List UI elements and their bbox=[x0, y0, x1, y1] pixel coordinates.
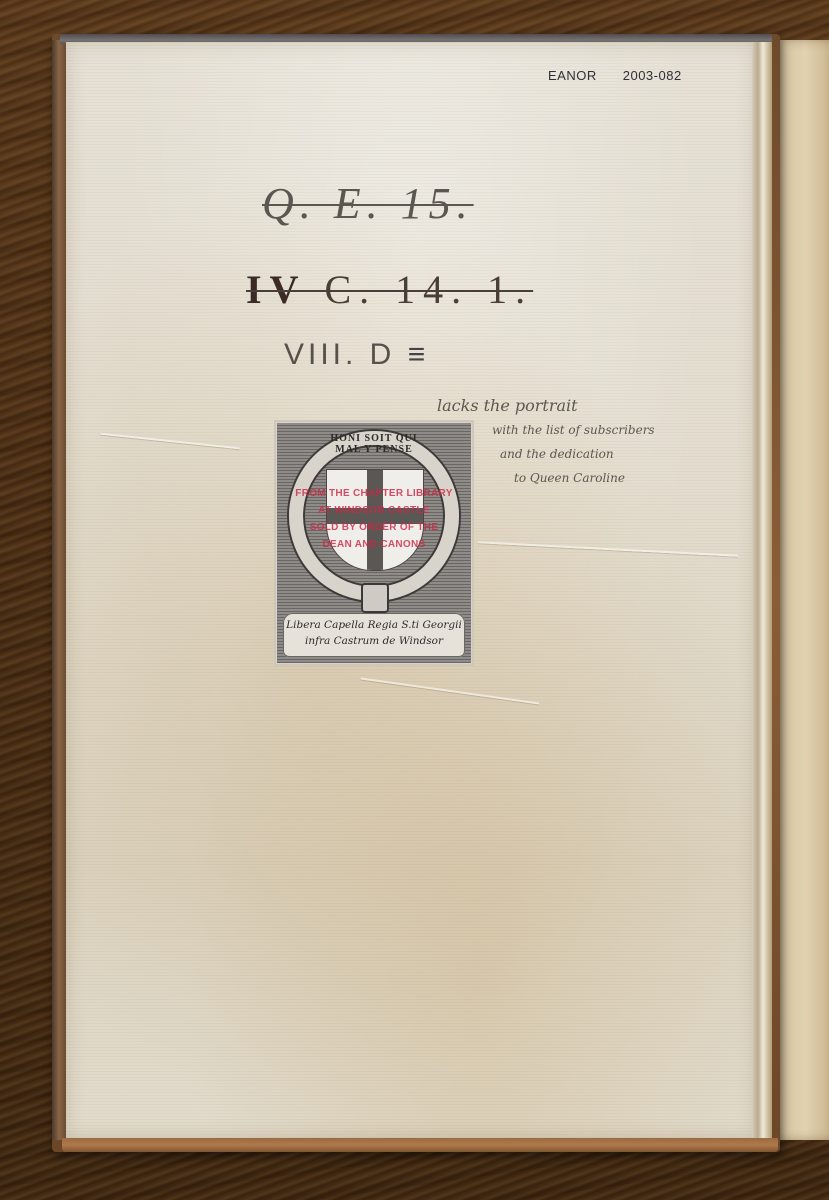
pencil-note-line: lacks the portrait bbox=[437, 396, 578, 415]
bookplate: HONI SOIT QUI MAL Y PENSE Libera Capella… bbox=[276, 422, 472, 664]
scribble-mark: ≡ bbox=[408, 338, 420, 371]
stamp-line: SOLD BY ORDER OF THE bbox=[283, 519, 465, 536]
pencil-note-line: to Queen Caroline bbox=[514, 471, 625, 485]
board-edge-left bbox=[52, 40, 66, 1140]
pencil-note-line: and the dedication bbox=[500, 447, 614, 461]
latin-inscription-line: Libera Capella Regia S.ti Georgii bbox=[283, 619, 465, 631]
shelfmark-press-number: IV bbox=[246, 267, 306, 312]
shelfmark-struck-1: Q. E. 15. bbox=[262, 178, 474, 229]
stamp-line: AT WINDSOR CASTLE bbox=[283, 502, 465, 519]
accession-number: EANOR2003-082 bbox=[548, 68, 708, 83]
board-edge-bottom bbox=[62, 1138, 778, 1152]
garter-buckle-icon bbox=[361, 583, 389, 613]
stamp-line: DEAN AND CANONS bbox=[283, 536, 465, 553]
shelfmark-struck-2: IV C. 14. 1. bbox=[246, 266, 533, 313]
accession-prefix: EANOR bbox=[548, 68, 597, 83]
accession-code: 2003-082 bbox=[623, 68, 682, 83]
garter-motto: HONI SOIT QUI MAL Y PENSE bbox=[317, 433, 431, 455]
spine-fold bbox=[752, 42, 772, 1138]
shelfmark-current: VIII. D ≡ bbox=[284, 338, 419, 372]
shelfmark-current-text: VIII. D bbox=[284, 338, 395, 371]
stamp-line: FROM THE CHAPTER LIBRARY bbox=[283, 485, 465, 502]
deaccession-stamp: FROM THE CHAPTER LIBRARY AT WINDSOR CAST… bbox=[283, 485, 465, 553]
shelfmark-shelf: C. 14. 1. bbox=[324, 267, 533, 312]
latin-inscription-line: infra Castrum de Windsor bbox=[283, 635, 465, 647]
pencil-note-line: with the list of subscribers bbox=[492, 423, 655, 437]
bookplate-cartouche: Libera Capella Regia S.ti Georgii infra … bbox=[283, 613, 465, 657]
